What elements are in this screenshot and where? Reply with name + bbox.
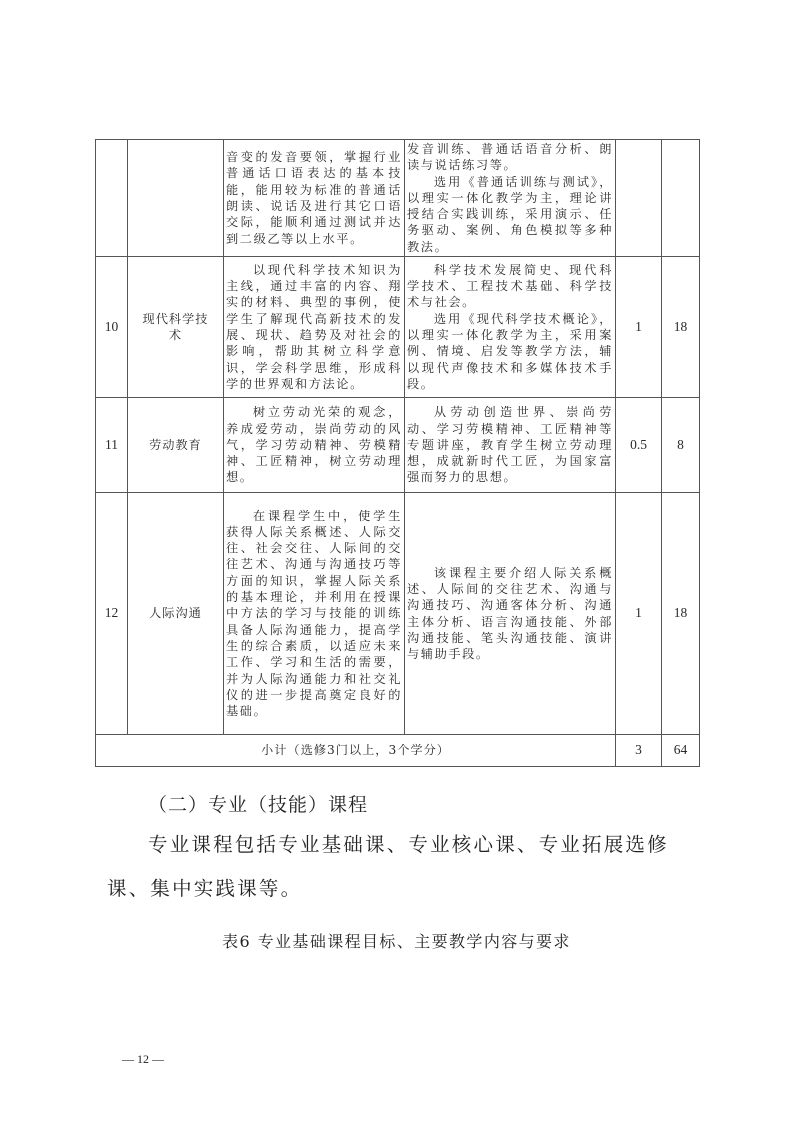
section-heading: （二）专业（技能）课程 — [148, 790, 368, 817]
subtotal-credit: 3 — [616, 735, 662, 767]
course-hours — [662, 140, 700, 257]
course-goal: 以现代科学技术知识为主线，通过丰富的内容、翔实的材料、典型的事例，使学生了解现代… — [224, 257, 405, 398]
table-caption: 表6 专业基础课程目标、主要教学内容与要求 — [0, 929, 793, 952]
course-content: 该课程主要介绍人际关系概述、人际间的交往艺术、沟通与沟通技巧、沟通客体分析、沟通… — [405, 493, 616, 735]
course-goal-text: 在课程学生中，使学生获得人际关系概述、人际交往、社会交往、人际间的交往艺术、沟通… — [226, 508, 402, 720]
course-content: 从劳动创造世界、崇尚劳动、学习劳模精神、工匠精神等专题讲座，教育学生树立劳动理想… — [405, 398, 616, 493]
course-credit: 1 — [616, 493, 662, 735]
course-name: 劳动教育 — [128, 398, 224, 493]
table-row: 11 劳动教育 树立劳动光荣的观念，养成爱劳动，崇尚劳动的风气，学习劳动精神、劳… — [96, 398, 700, 493]
row-number: 12 — [96, 493, 128, 735]
table-row-continued: 音变的发音要领，掌握行业普通话口语表达的基本技能，能用较为标准的普通话朗读、说话… — [96, 140, 700, 257]
section-paragraph: 专业课程包括专业基础课、专业核心课、专业拓展选修课、集中实践课等。 — [107, 823, 707, 911]
subtotal-hours: 64 — [662, 735, 700, 767]
course-hours: 18 — [662, 493, 700, 735]
row-number: 10 — [96, 257, 128, 398]
course-credit: 0.5 — [616, 398, 662, 493]
table-row-subtotal: 小计（选修3门以上，3个学分） 3 64 — [96, 735, 700, 767]
course-goal-text: 以现代科学技术知识为主线，通过丰富的内容、翔实的材料、典型的事例，使学生了解现代… — [226, 262, 402, 392]
table-row: 10 现代科学技术 以现代科学技术知识为主线，通过丰富的内容、翔实的材料、典型的… — [96, 257, 700, 398]
subtotal-label: 小计（选修3门以上，3个学分） — [96, 735, 616, 767]
document-page: 音变的发音要领，掌握行业普通话口语表达的基本技能，能用较为标准的普通话朗读、说话… — [0, 0, 793, 1122]
course-table: 音变的发音要领，掌握行业普通话口语表达的基本技能，能用较为标准的普通话朗读、说话… — [95, 139, 700, 767]
course-content: 科学技术发展简史、现代科学技术、工程技术基础、科学技术与社会。 选用《现代科学技… — [405, 257, 616, 398]
table-row: 12 人际沟通 在课程学生中，使学生获得人际关系概述、人际交往、社会交往、人际间… — [96, 493, 700, 735]
course-content-p2: 选用《普通话训练与测试》，以理实一体化教学为主，理论讲授结合实践训练，采用演示、… — [407, 174, 613, 255]
course-name — [128, 140, 224, 257]
course-hours: 8 — [662, 398, 700, 493]
course-content-p1: 发音训练、普通话语音分析、朗读与说话练习等。 — [407, 141, 613, 174]
row-number: 11 — [96, 398, 128, 493]
course-goal-text: 树立劳动光荣的观念，养成爱劳动，崇尚劳动的风气，学习劳动精神、劳模精神、工匠精神… — [226, 404, 402, 485]
course-hours: 18 — [662, 257, 700, 398]
course-goal-text: 音变的发音要领，掌握行业普通话口语表达的基本技能，能用较为标准的普通话朗读、说话… — [226, 149, 402, 247]
page-number: — 12 — — [122, 1052, 164, 1067]
course-name: 人际沟通 — [128, 493, 224, 735]
course-content-p2: 选用《现代科学技术概论》，以理实一体化教学为主，采用案例、情境、启发等教学方法，… — [407, 311, 613, 392]
course-content-p1: 该课程主要介绍人际关系概述、人际间的交往艺术、沟通与沟通技巧、沟通客体分析、沟通… — [407, 565, 613, 663]
course-content: 发音训练、普通话语音分析、朗读与说话练习等。 选用《普通话训练与测试》，以理实一… — [405, 140, 616, 257]
course-name: 现代科学技术 — [128, 257, 224, 398]
course-goal: 在课程学生中，使学生获得人际关系概述、人际交往、社会交往、人际间的交往艺术、沟通… — [224, 493, 405, 735]
course-credit — [616, 140, 662, 257]
course-content-p1: 从劳动创造世界、崇尚劳动、学习劳模精神、工匠精神等专题讲座，教育学生树立劳动理想… — [407, 404, 613, 485]
row-number — [96, 140, 128, 257]
course-credit: 1 — [616, 257, 662, 398]
course-content-p1: 科学技术发展简史、现代科学技术、工程技术基础、科学技术与社会。 — [407, 262, 613, 311]
course-goal: 音变的发音要领，掌握行业普通话口语表达的基本技能，能用较为标准的普通话朗读、说话… — [224, 140, 405, 257]
course-goal: 树立劳动光荣的观念，养成爱劳动，崇尚劳动的风气，学习劳动精神、劳模精神、工匠精神… — [224, 398, 405, 493]
